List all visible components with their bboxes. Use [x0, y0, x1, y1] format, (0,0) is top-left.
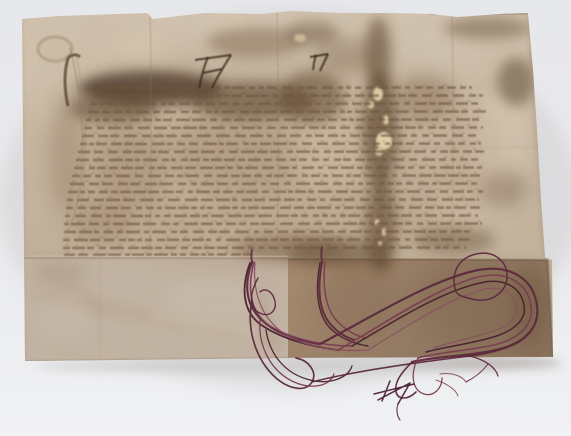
cord-slit-tuft — [321, 247, 322, 262]
cord-slit-tuft — [251, 250, 252, 262]
photo-stage — [0, 0, 571, 436]
parchment-charter-photo — [0, 0, 571, 436]
dark-stain — [535, 25, 555, 85]
cord-strand — [374, 381, 414, 404]
cord-strand — [397, 404, 400, 420]
